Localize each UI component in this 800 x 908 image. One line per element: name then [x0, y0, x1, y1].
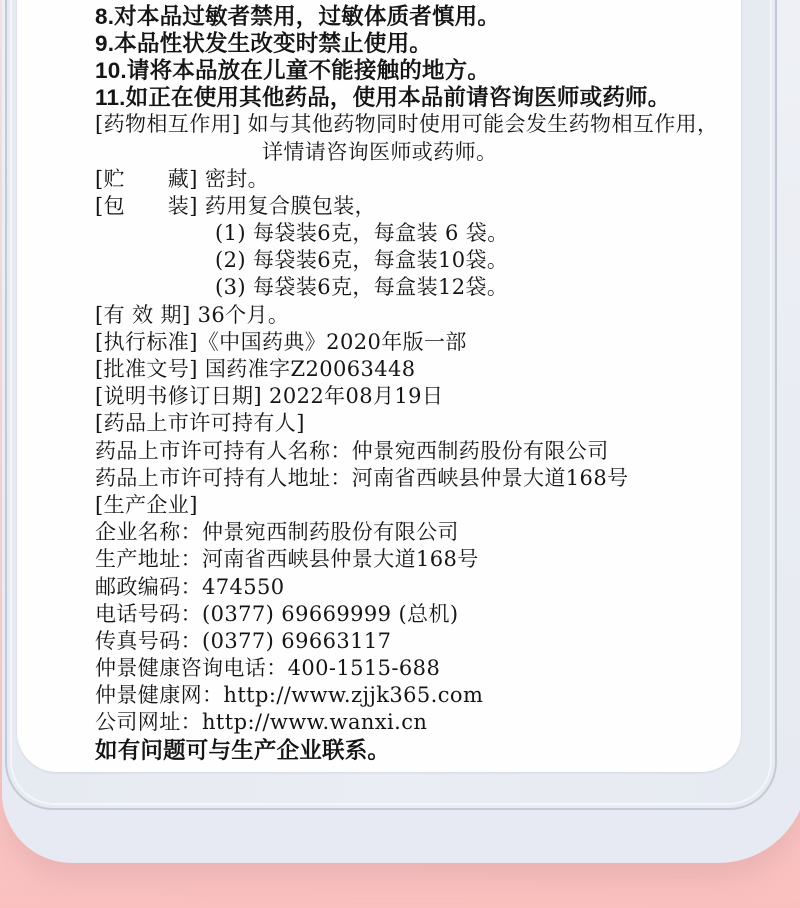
- leaflet-line: [包 装] 药用复合膜包装，: [95, 191, 731, 218]
- leaflet-line: 如有问题可与生产企业联系。: [95, 735, 731, 762]
- leaflet-line: 药品上市许可持有人名称：仲景宛西制药股份有限公司: [95, 436, 731, 463]
- leaflet-line: [药物相互作用] 如与其他药物同时使用可能会发生药物相互作用，: [95, 110, 731, 137]
- leaflet-line: 8.对本品过敏者禁用，过敏体质者慎用。: [95, 1, 731, 28]
- leaflet-line: 仲景健康网：http://www.zjjk365.com: [95, 681, 731, 708]
- leaflet-line: (3) 每袋装6克，每盒装12袋。: [95, 273, 731, 300]
- leaflet-text: 8.对本品过敏者禁用，过敏体质者慎用。9.本品性状发生改变时禁止使用。10.请将…: [95, 1, 731, 762]
- leaflet-line: 生产地址：河南省西峡县仲景大道168号: [95, 545, 731, 572]
- leaflet-line: 药品上市许可持有人地址：河南省西峡县仲景大道168号: [95, 463, 731, 490]
- leaflet-line: 11.如正在使用其他药品，使用本品前请咨询医师或药师。: [95, 83, 731, 110]
- leaflet-line: 9.本品性状发生改变时禁止使用。: [95, 28, 731, 55]
- leaflet-line: 电话号码：(0377) 69669999 (总机): [95, 599, 731, 626]
- leaflet-line: (1) 每袋装6克，每盒装 6 袋。: [95, 219, 731, 246]
- leaflet-line: [药品上市许可持有人]: [95, 409, 731, 436]
- leaflet-line: 传真号码：(0377) 69663117: [95, 626, 731, 653]
- leaflet-line: 详情请咨询医师或药师。: [95, 137, 731, 164]
- leaflet-line: 仲景健康咨询电话：400-1515-688: [95, 654, 731, 681]
- leaflet-line: [说明书修订日期] 2022年08月19日: [95, 382, 731, 409]
- leaflet-line: [贮 藏] 密封。: [95, 164, 731, 191]
- leaflet-page: 8.对本品过敏者禁用，过敏体质者慎用。9.本品性状发生改变时禁止使用。10.请将…: [17, 0, 741, 772]
- leaflet-line: 邮政编码：474550: [95, 572, 731, 599]
- leaflet-line: [生产企业]: [95, 490, 731, 517]
- leaflet-line: 10.请将本品放在儿童不能接触的地方。: [95, 55, 731, 82]
- product-leaflet-image: { "palette": { "background_top": "#f6eef…: [0, 0, 800, 908]
- leaflet-line: [有 效 期] 36个月。: [95, 300, 731, 327]
- leaflet-line: 企业名称：仲景宛西制药股份有限公司: [95, 518, 731, 545]
- leaflet-line: [执行标准]《中国药典》2020年版一部: [95, 327, 731, 354]
- leaflet-line: (2) 每袋装6克，每盒装10袋。: [95, 246, 731, 273]
- leaflet-line: [批准文号] 国药准字Z20063448: [95, 354, 731, 381]
- leaflet-line: 公司网址：http://www.wanxi.cn: [95, 708, 731, 735]
